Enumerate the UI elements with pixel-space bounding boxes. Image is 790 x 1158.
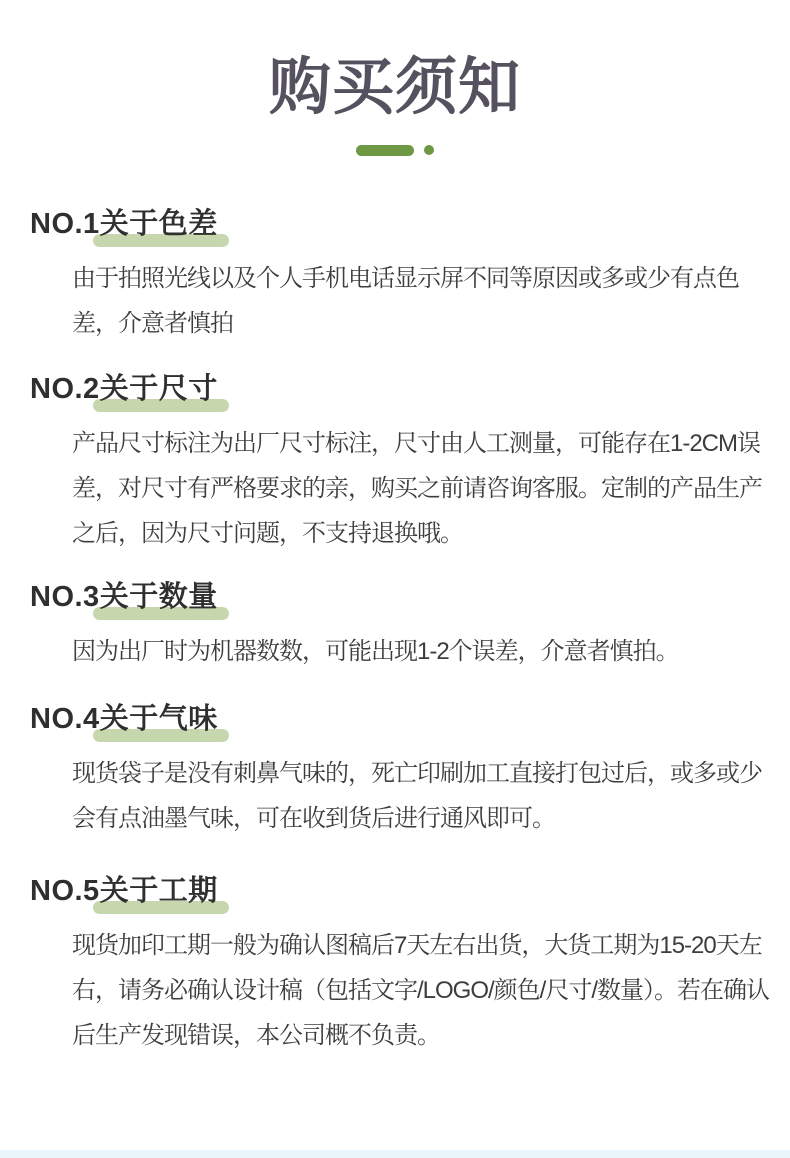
section-body: 现货袋子是没有刺鼻气味的，死亡印刷加工直接打包过后，或多或少会有点油墨气味，可在…: [72, 751, 778, 841]
section-keyword: 关于气味: [100, 701, 218, 738]
section-keyword: 关于工期: [100, 873, 218, 910]
section-body: 因为出厂时为机器数数，可能出现1-2个误差，介意者慎拍。: [72, 629, 778, 674]
bottom-strip: [0, 1150, 790, 1158]
section-number: NO.4: [30, 703, 100, 735]
section-keyword: 关于尺寸: [100, 371, 218, 408]
purchase-notice-page: 购买须知 NO.1关于色差 由于拍照光线以及个人手机电话显示屏不同等原因或多或少…: [0, 0, 790, 1158]
section-number: NO.1: [30, 208, 100, 240]
section-number: NO.2: [30, 373, 100, 405]
notice-section-size: NO.2关于尺寸 产品尺寸标注为出厂尺寸标注，尺寸由人工测量，可能存在1-2CM…: [30, 371, 770, 556]
notice-section-quantity: NO.3关于数量 因为出厂时为机器数数，可能出现1-2个误差，介意者慎拍。: [30, 579, 770, 674]
divider-dot-icon: [424, 145, 434, 155]
section-heading: NO.5关于工期: [30, 873, 770, 910]
section-number: NO.3: [30, 581, 100, 613]
divider-bar-icon: [356, 145, 414, 156]
title-divider: [0, 142, 790, 158]
section-body: 由于拍照光线以及个人手机电话显示屏不同等原因或多或少有点色差，介意者慎拍: [72, 256, 778, 346]
section-number: NO.5: [30, 875, 100, 907]
section-body: 产品尺寸标注为出厂尺寸标注，尺寸由人工测量，可能存在1-2CM误差，对尺寸有严格…: [72, 421, 778, 556]
notice-section-lead-time: NO.5关于工期 现货加印工期一般为确认图稿后7天左右出货，大货工期为15-20…: [30, 873, 770, 1058]
section-heading: NO.3关于数量: [30, 579, 770, 616]
page-title: 购买须知: [0, 46, 790, 130]
section-keyword: 关于色差: [100, 206, 218, 243]
section-heading: NO.2关于尺寸: [30, 371, 770, 408]
notice-section-smell: NO.4关于气味 现货袋子是没有刺鼻气味的，死亡印刷加工直接打包过后，或多或少会…: [30, 701, 770, 841]
section-heading: NO.1关于色差: [30, 206, 770, 243]
notice-section-color-difference: NO.1关于色差 由于拍照光线以及个人手机电话显示屏不同等原因或多或少有点色差，…: [30, 206, 770, 346]
section-heading: NO.4关于气味: [30, 701, 770, 738]
section-keyword: 关于数量: [100, 579, 218, 616]
section-body: 现货加印工期一般为确认图稿后7天左右出货，大货工期为15-20天左右，请务必确认…: [72, 923, 778, 1058]
